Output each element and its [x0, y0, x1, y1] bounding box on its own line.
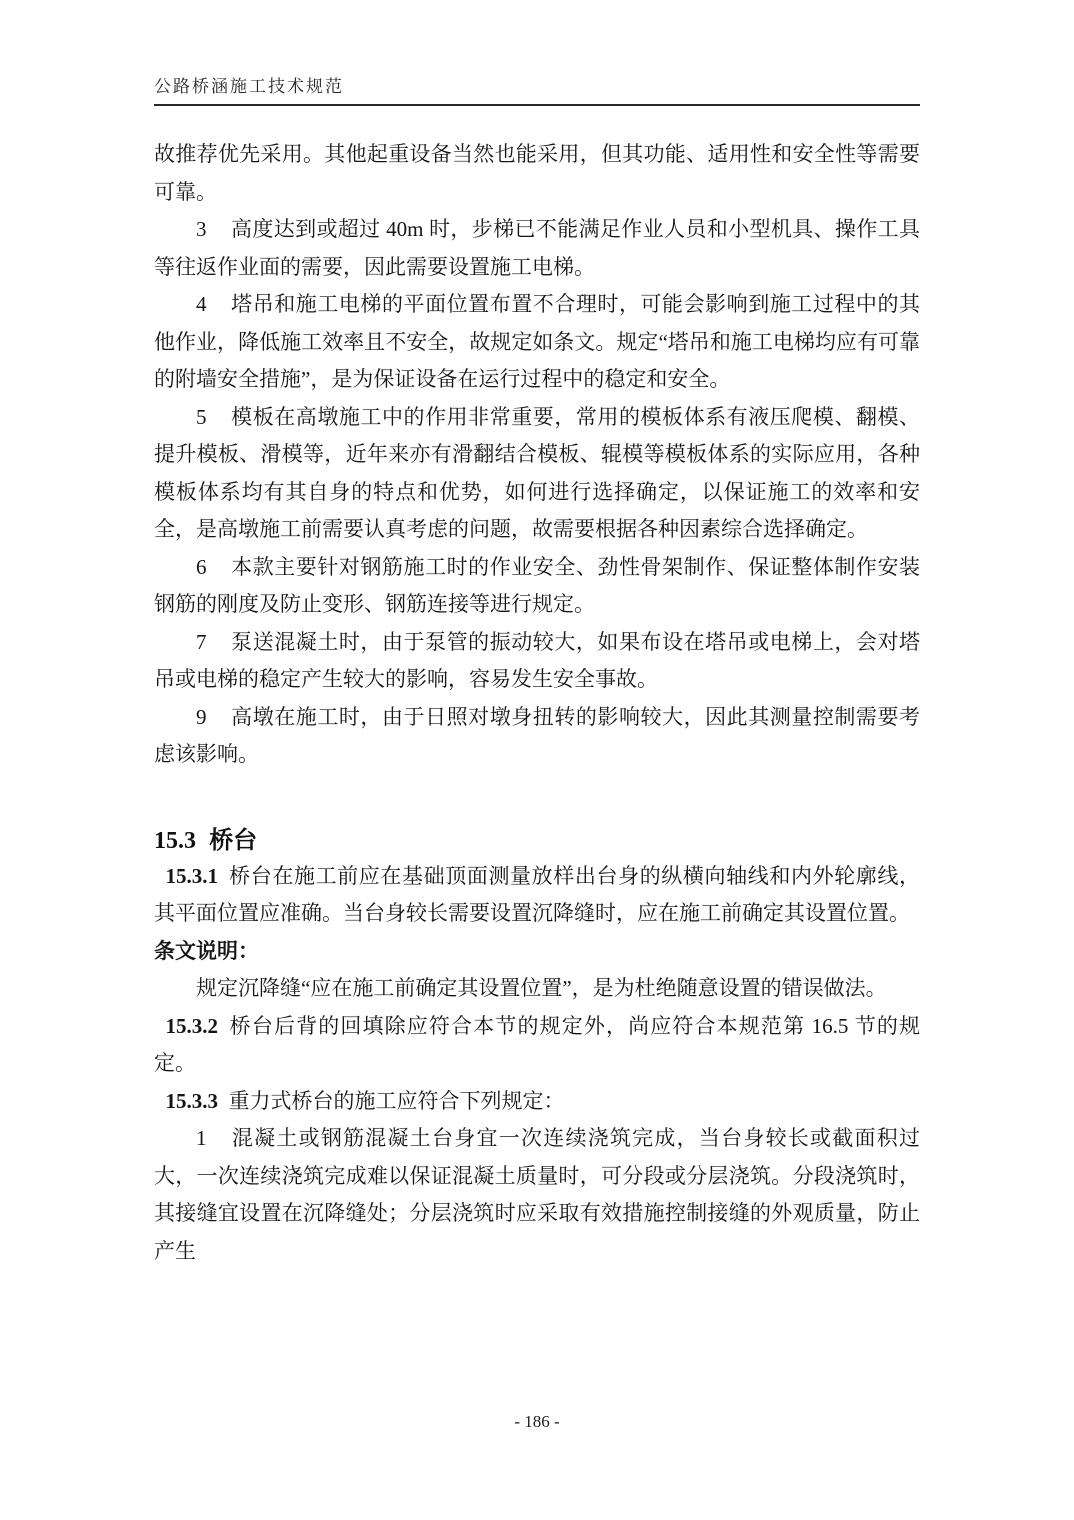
document-body: 故推荐优先采用。其他起重设备当然也能采用，但其功能、适用性和安全性等需要可靠。 … [154, 136, 920, 1270]
item-number: 6 [196, 555, 207, 579]
commentary-item-5: 5模板在高墩施工中的作用非常重要，常用的模板体系有液压爬模、翻模、提升模板、滑模… [154, 399, 920, 549]
commentary-item-6: 6本款主要针对钢筋施工时的作业安全、劲性骨架制作、保证整体制作安装钢筋的刚度及防… [154, 549, 920, 624]
page-header: 公路桥涵施工技术规范 [154, 72, 920, 106]
item-text: 高墩在施工时，由于日照对墩身扭转的影响较大，因此其测量控制需要考虑该影响。 [154, 705, 920, 767]
item-number: 7 [196, 630, 207, 654]
clause-number: 15.3.1 [166, 864, 219, 888]
document-page: 公路桥涵施工技术规范 故推荐优先采用。其他起重设备当然也能采用，但其功能、适用性… [0, 0, 1074, 1520]
section-heading: 15.3桥台 [154, 824, 920, 858]
commentary-item-9: 9高墩在施工时，由于日照对墩身扭转的影响较大，因此其测量控制需要考虑该影响。 [154, 699, 920, 774]
commentary-item-7: 7泵送混凝土时，由于泵管的振动较大，如果布设在塔吊或电梯上，会对塔吊或电梯的稳定… [154, 624, 920, 699]
page-number: - 186 - [514, 1412, 559, 1431]
item-number: 1 [196, 1126, 207, 1150]
clause-number: 15.3.2 [166, 1014, 219, 1038]
item-number: 3 [196, 217, 207, 241]
commentary-note-text: 规定沉降缝“应在施工前确定其设置位置”，是为杜绝随意设置的错误做法。 [154, 970, 920, 1008]
clause-15-3-2: 15.3.2桥台后背的回填除应符合本节的规定外，尚应符合本规范第 16.5 节的… [154, 1008, 920, 1083]
commentary-item-4: 4塔吊和施工电梯的平面位置布置不合理时，可能会影响到施工过程中的其他作业，降低施… [154, 286, 920, 399]
commentary-item-3: 3高度达到或超过 40m 时，步梯已不能满足作业人员和小型机具、操作工具等往返作… [154, 211, 920, 286]
item-text: 塔吊和施工电梯的平面位置布置不合理时，可能会影响到施工过程中的其他作业，降低施工… [154, 292, 920, 391]
clause-text: 桥台在施工前应在基础顶面测量放样出台身的纵横向轴线和内外轮廓线，其平面位置应准确… [154, 864, 920, 926]
paragraph-continuation: 故推荐优先采用。其他起重设备当然也能采用，但其功能、适用性和安全性等需要可靠。 [154, 136, 920, 211]
clause-text: 桥台后背的回填除应符合本节的规定外，尚应符合本规范第 16.5 节的规定。 [154, 1014, 920, 1076]
section-title: 桥台 [209, 828, 257, 854]
clause-text: 重力式桥台的施工应符合下列规定： [229, 1089, 565, 1113]
item-text: 高度达到或超过 40m 时，步梯已不能满足作业人员和小型机具、操作工具等往返作业… [154, 217, 920, 279]
clause-15-3-1: 15.3.1桥台在施工前应在基础顶面测量放样出台身的纵横向轴线和内外轮廓线，其平… [154, 858, 920, 933]
item-text: 本款主要针对钢筋施工时的作业安全、劲性骨架制作、保证整体制作安装钢筋的刚度及防止… [154, 555, 920, 617]
item-number: 9 [196, 705, 207, 729]
clause-15-3-3-item-1: 1混凝土或钢筋混凝土台身宜一次连续浇筑完成，当台身较长或截面积过大，一次连续浇筑… [154, 1120, 920, 1270]
page-footer: - 186 - [0, 1412, 1074, 1432]
item-text: 泵送混凝土时，由于泵管的振动较大，如果布设在塔吊或电梯上，会对塔吊或电梯的稳定产… [154, 630, 920, 692]
clause-number: 15.3.3 [166, 1089, 219, 1113]
item-number: 5 [196, 405, 207, 429]
clause-15-3-3: 15.3.3重力式桥台的施工应符合下列规定： [154, 1083, 920, 1121]
item-text: 模板在高墩施工中的作用非常重要，常用的模板体系有液压爬模、翻模、提升模板、滑模等… [154, 405, 920, 542]
section-number: 15.3 [154, 828, 196, 854]
running-head-title: 公路桥涵施工技术规范 [154, 72, 920, 97]
item-number: 4 [196, 292, 207, 316]
item-text: 混凝土或钢筋混凝土台身宜一次连续浇筑完成，当台身较长或截面积过大，一次连续浇筑完… [154, 1126, 920, 1263]
commentary-note-label: 条文说明： [154, 933, 920, 971]
